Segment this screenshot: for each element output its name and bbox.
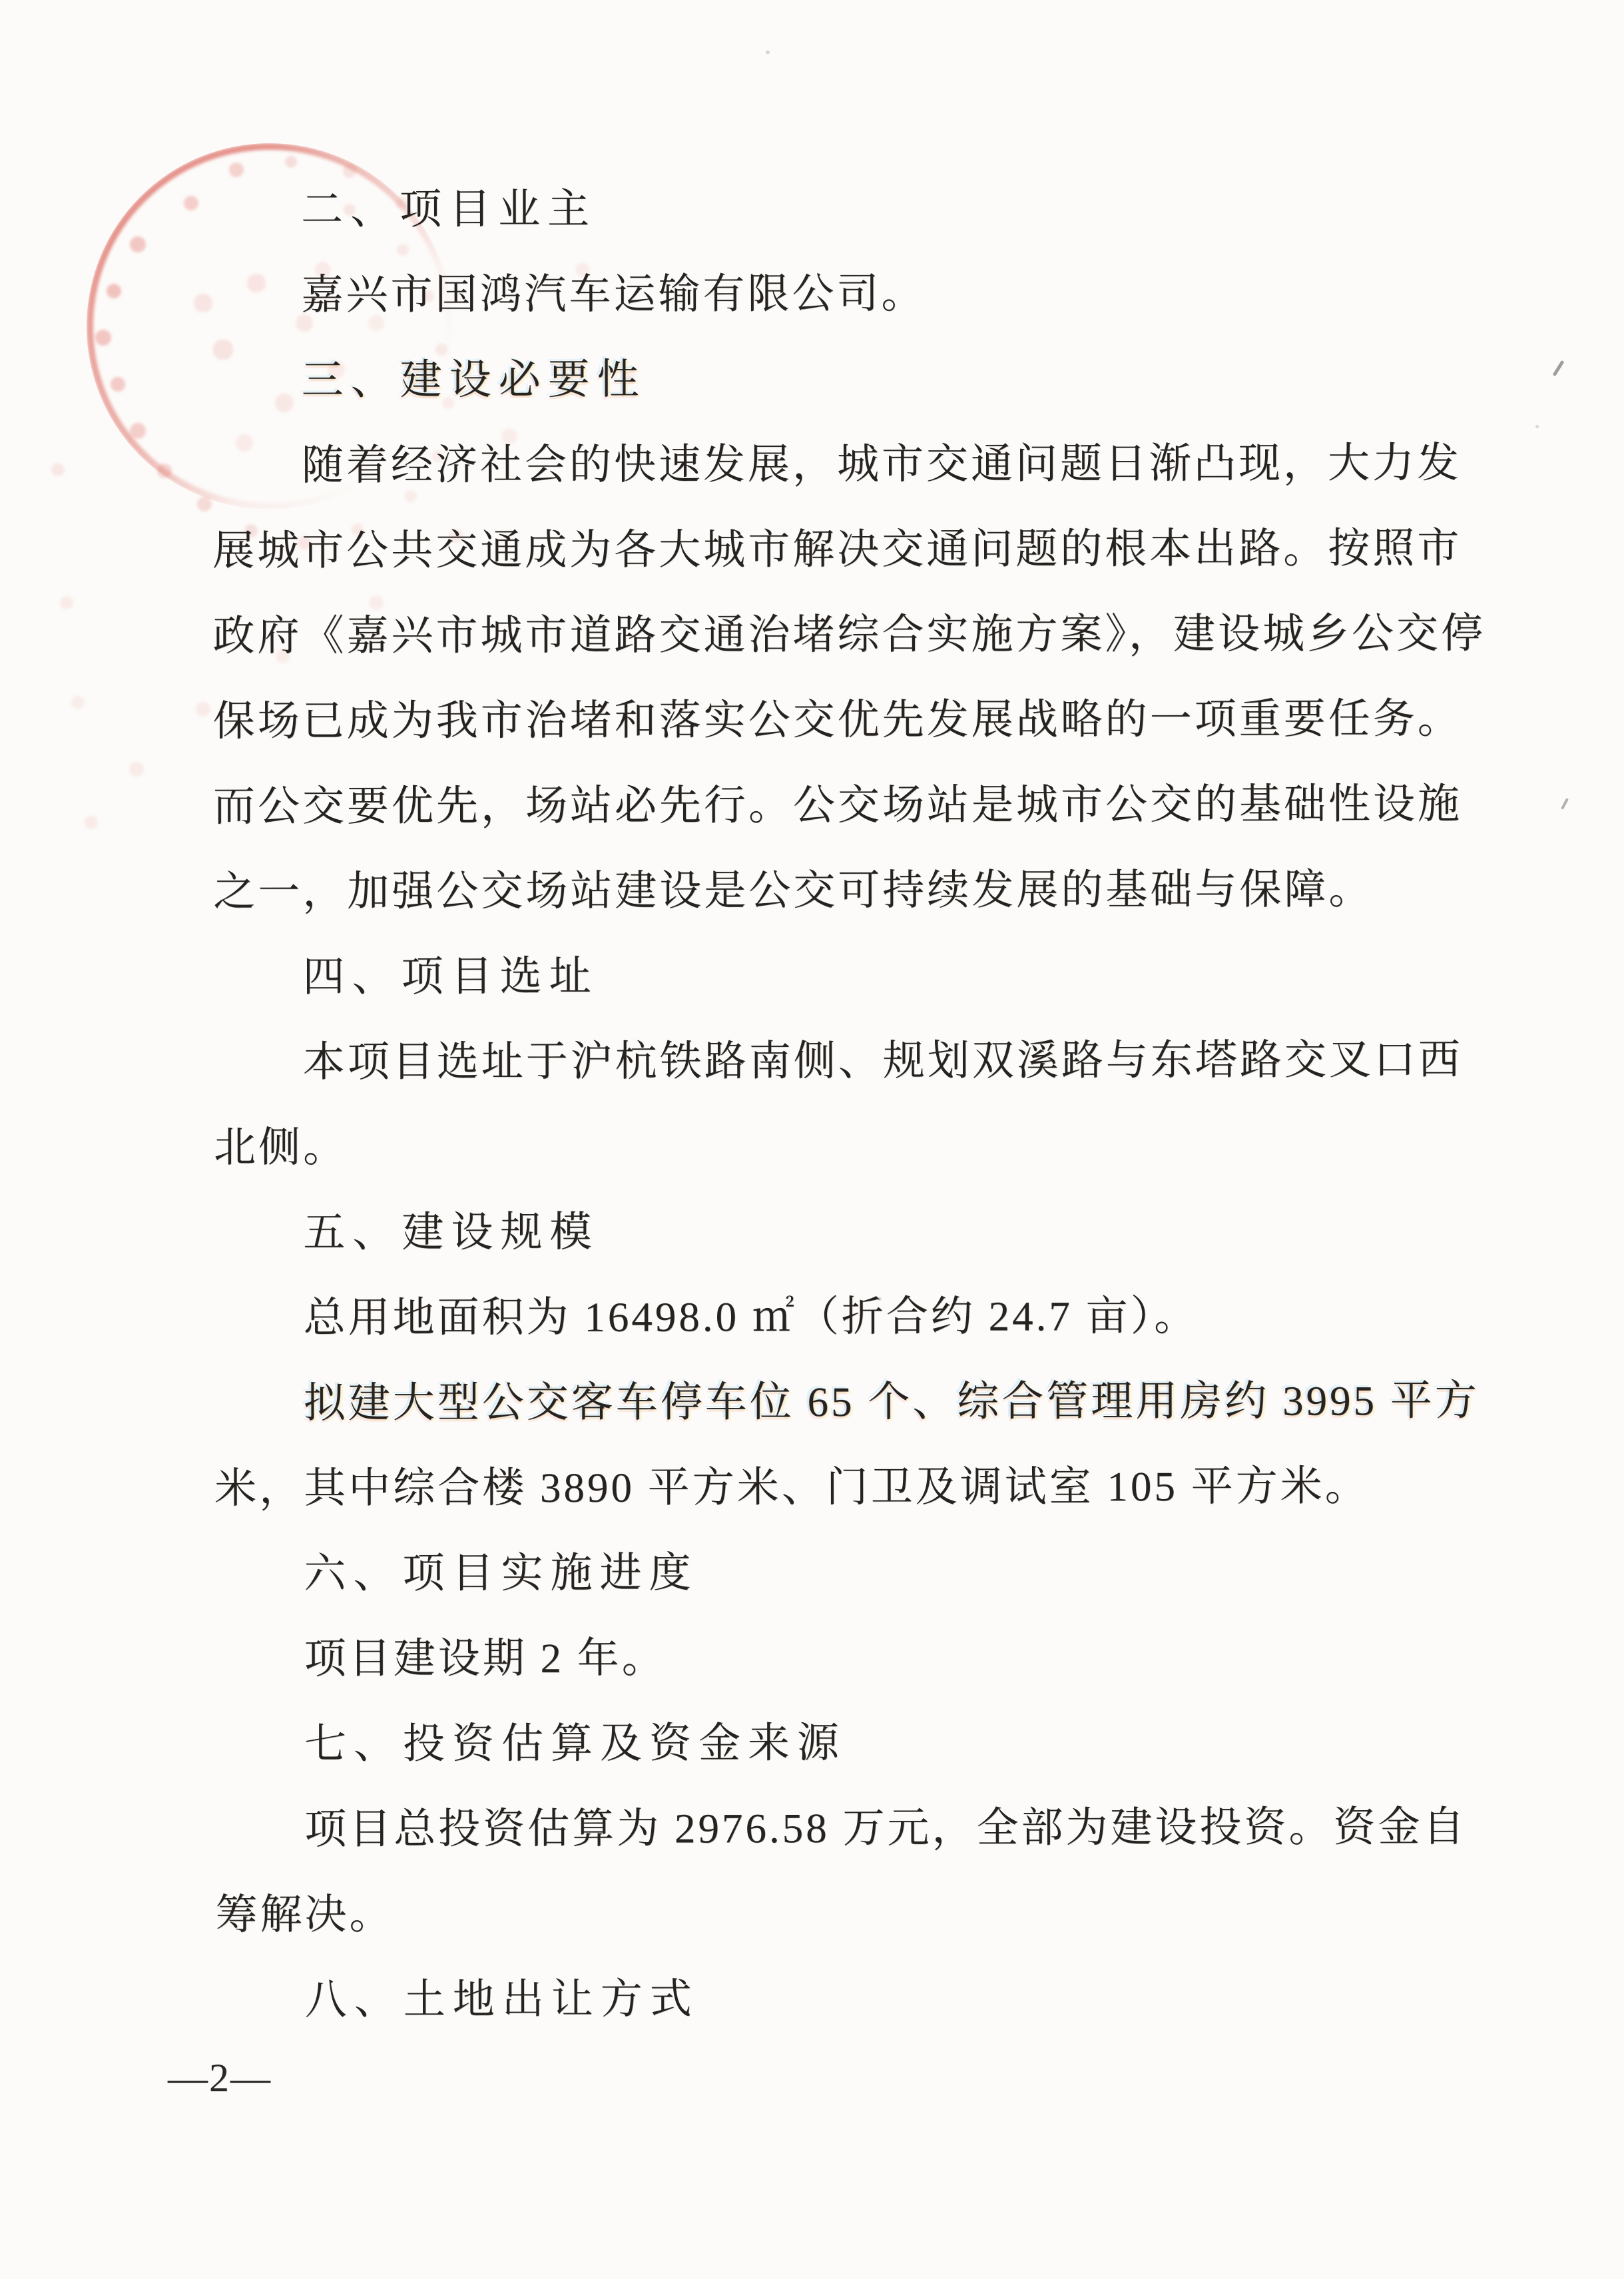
text-line: 而公交要优先，场站必先行。公交场站是城市公交的基础性设施 <box>213 761 1485 849</box>
section-heading: 二、项目业主 <box>212 164 1484 252</box>
text-line: 之一，加强公交场站建设是公交可持续发展的基础与保障。 <box>213 846 1485 934</box>
scan-speck <box>878 1297 882 1301</box>
text-line: 随着经济社会的快速发展，城市交通问题日渐凸现，大力发 <box>212 420 1484 508</box>
text-line: 项目建设期 2 年。 <box>215 1614 1487 1702</box>
text-line: 展城市公共交通成为各大城市解决交通问题的根本出路。按照市 <box>212 505 1484 593</box>
text-line: 北侧。 <box>214 1102 1486 1190</box>
pen-mark <box>1561 798 1569 810</box>
text-line: 项目总投资估算为 2976.58 万元，全部为建设投资。资金自 <box>215 1784 1487 1872</box>
pen-mark <box>1552 360 1564 377</box>
text-line: 拟建大型公交客车停车位 65 个、综合管理用房约 3995 平方 <box>214 1358 1486 1446</box>
text-line: 嘉兴市国鸿汽车运输有限公司。 <box>212 250 1484 338</box>
text-line: 总用地面积为 16498.0 ㎡（折合约 24.7 亩）。 <box>214 1273 1486 1361</box>
section-heading: 八、土地出让方式 <box>216 1955 1488 2043</box>
text-line: 保场已成为我市治堵和落实公交优先发展战略的一项重要任务。 <box>213 676 1485 764</box>
section-heading: 六、项目实施进度 <box>214 1528 1486 1616</box>
page-number: —2— <box>168 2035 272 2120</box>
text-line: 米，其中综合楼 3890 平方米、门卫及调试室 105 平方米。 <box>214 1443 1486 1531</box>
text-block: 二、项目业主嘉兴市国鸿汽车运输有限公司。三、建设必要性随着经济社会的快速发展，城… <box>212 164 1488 2043</box>
text-line: 政府《嘉兴市城市道路交通治堵综合实施方案》，建设城乡公交停 <box>212 591 1484 679</box>
section-heading: 五、建设规模 <box>214 1187 1486 1275</box>
text-line: 本项目选址于沪杭铁路南侧、规划双溪路与东塔路交叉口西 <box>214 1017 1486 1105</box>
section-heading: 七、投资估算及资金来源 <box>215 1699 1487 1787</box>
scan-speck <box>766 51 770 54</box>
scanned-document-page: 二、项目业主嘉兴市国鸿汽车运输有限公司。三、建设必要性随着经济社会的快速发展，城… <box>0 0 1624 2279</box>
section-heading: 四、项目选址 <box>213 932 1485 1020</box>
scan-speck <box>1535 425 1539 428</box>
text-line: 筹解决。 <box>215 1869 1487 1957</box>
red-seal-stamp-speckles <box>0 0 7 7</box>
section-heading: 三、建设必要性 <box>212 335 1484 423</box>
